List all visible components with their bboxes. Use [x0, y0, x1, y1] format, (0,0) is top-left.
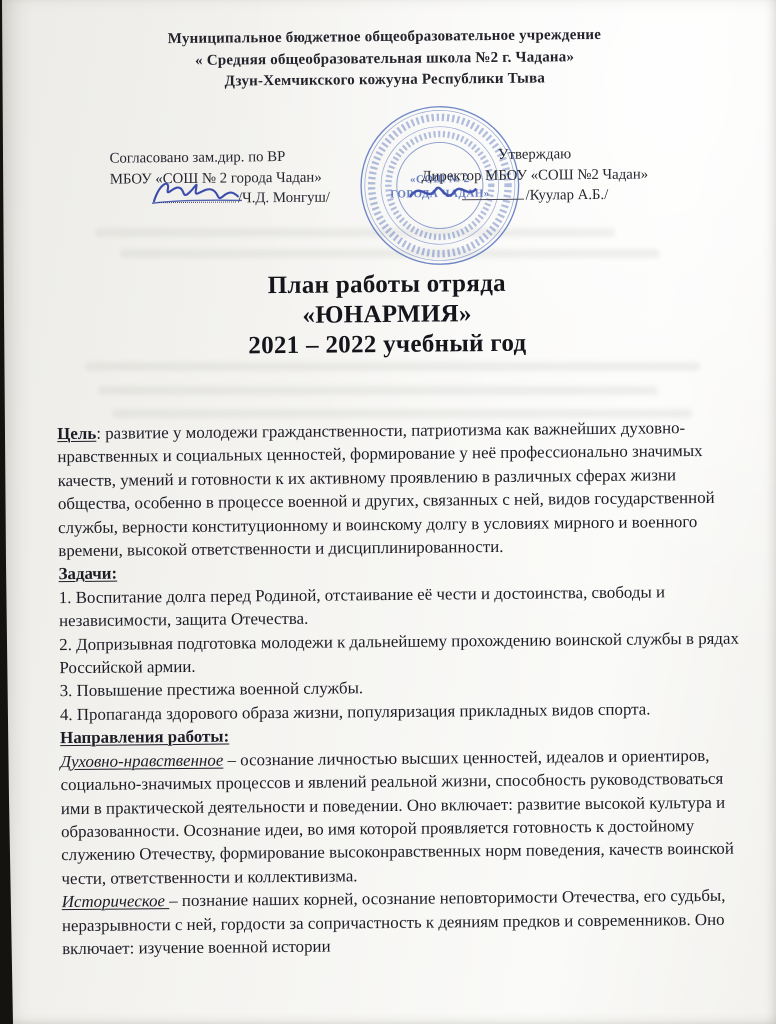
approved-label: Утверждаю: [399, 143, 669, 166]
task-item: 2. Допризывная подготовка молодежи к дал…: [59, 626, 753, 679]
approved-signature-row: /Куулар А.Б./: [400, 184, 670, 207]
goal-label: Цель: [57, 424, 96, 443]
direction-paragraph: Историческое – познание наших корней, ос…: [62, 884, 757, 961]
goal-text: : развитие у молодежи гражданственности,…: [57, 418, 714, 560]
approved-signature-line: [461, 187, 523, 201]
task-item: 1. Воспитание долга перед Родиной, отста…: [59, 579, 753, 632]
goal-paragraph: Цель: развитие у молодежи гражданственно…: [57, 416, 752, 563]
title-line3: 2021 – 2022 учебный год: [0, 326, 776, 363]
document-title: План работы отряда «ЮНАРМИЯ» 2021 – 2022…: [0, 266, 776, 363]
approved-block: Утверждаю Директор МБОУ «СОШ №2 Чадан» /…: [399, 143, 670, 207]
document-body: Цель: развитие у молодежи гражданственно…: [57, 416, 756, 961]
organization-header: Муниципальное бюджетное общеобразователь…: [0, 23, 773, 95]
direction-lead: Духовно-нравственное: [60, 750, 223, 771]
direction-lead: Историческое: [62, 891, 170, 911]
approved-name: /Куулар А.Б./: [525, 187, 608, 204]
scanned-document-sheet: Муниципальное бюджетное общеобразователь…: [0, 0, 776, 1024]
direction-paragraph: Духовно-нравственное – осознание личност…: [60, 743, 755, 890]
approved-director-line: Директор МБОУ «СОШ №2 Чадан»: [400, 164, 670, 187]
deputy-signature: [146, 172, 258, 211]
